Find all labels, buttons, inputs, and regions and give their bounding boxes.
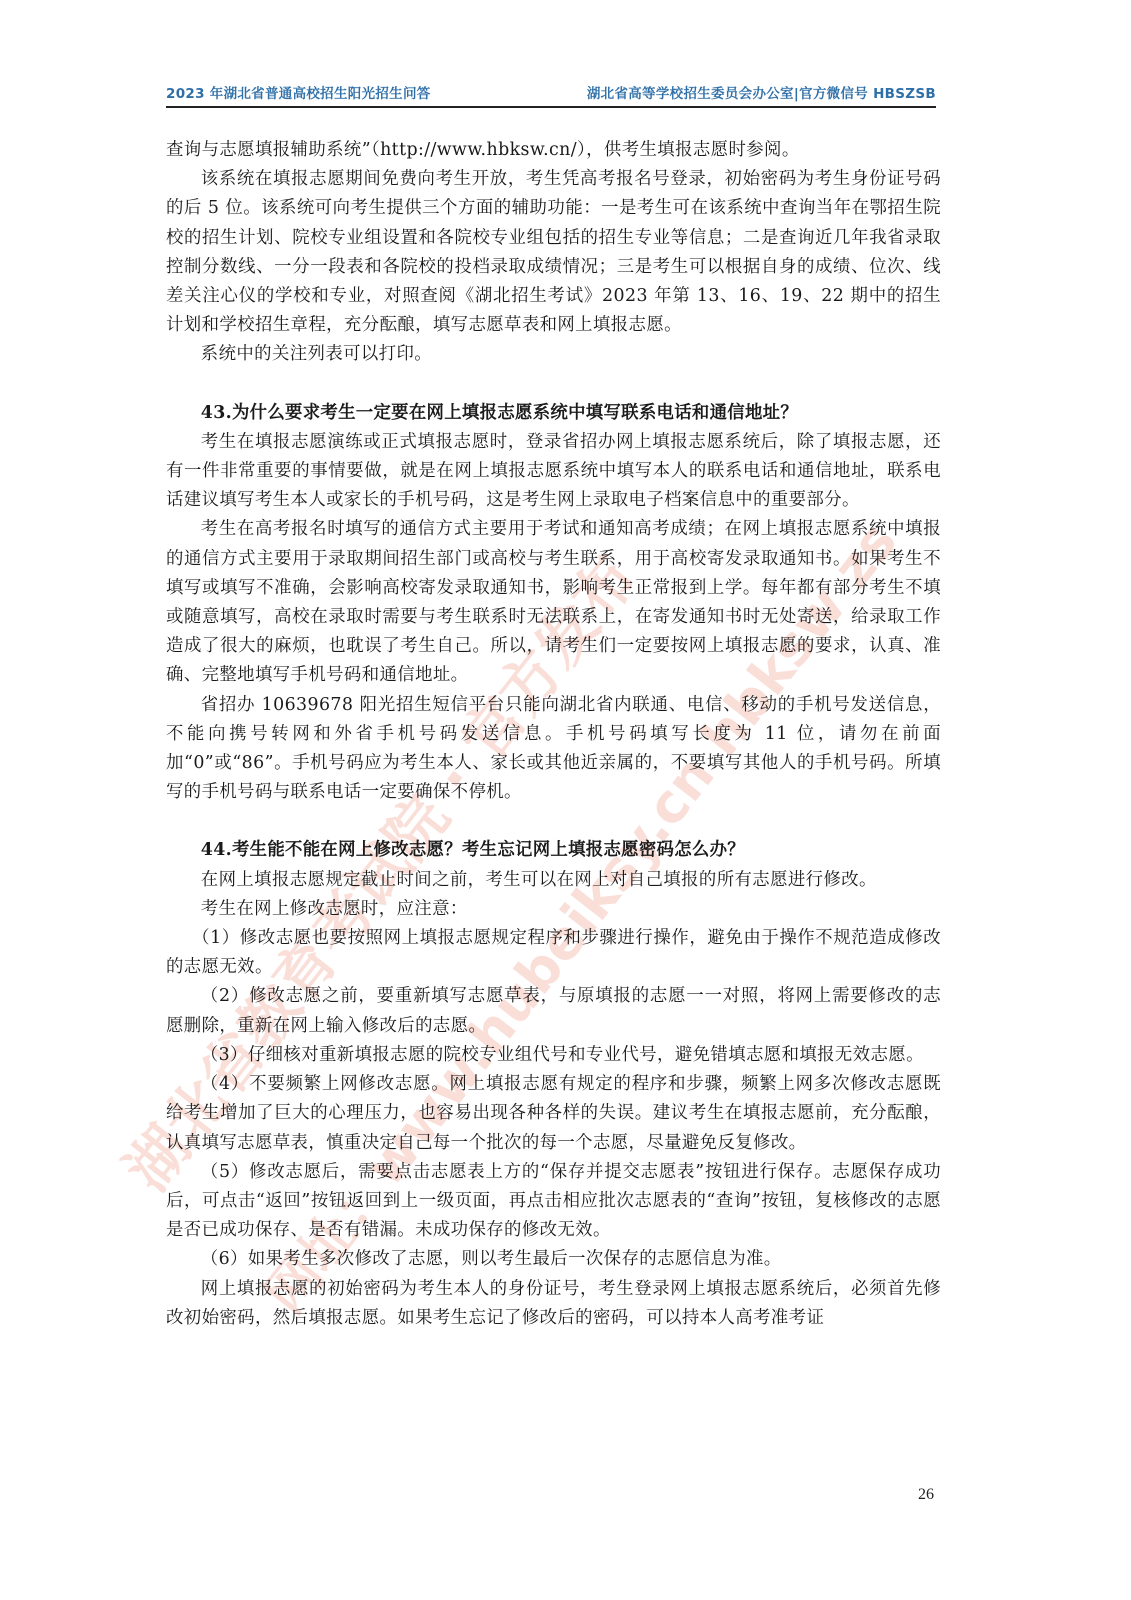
question-44-item-5: （5）修改志愿后，需要点击志愿表上方的“保存并提交志愿表”按钮进行保存。志愿保存… — [166, 1158, 941, 1246]
header-left-title: 2023 年湖北省普通高校招生阳光招生问答 — [166, 82, 431, 102]
page-number: 26 — [918, 1486, 934, 1504]
paragraph-intro-2: 该系统在填报志愿期间免费向考生开放，考生凭高考报名号登录，初始密码为考生身份证号… — [166, 165, 941, 340]
paragraph-intro-3: 系统中的关注列表可以打印。 — [166, 340, 941, 369]
page-content: 查询与志愿填报辅助系统”（http://www.hbksw.cn/），供考生填报… — [166, 136, 941, 1333]
question-44-title: 44.考生能不能在网上修改志愿？考生忘记网上填报志愿密码怎么办？ — [166, 836, 941, 865]
question-44-paragraph: 网上填报志愿的初始密码为考生本人的身份证号，考生登录网上填报志愿系统后，必须首先… — [166, 1275, 941, 1333]
question-44-item-1: （1）修改志愿也要按照网上填报志愿规定程序和步骤进行操作，避免由于操作不规范造成… — [166, 924, 941, 982]
header-right-title: 湖北省高等学校招生委员会办公室|官方微信号 HBSZSB — [587, 82, 936, 102]
question-44-item-4: （4）不要频繁上网修改志愿。网上填报志愿有规定的程序和步骤，频繁上网多次修改志愿… — [166, 1070, 941, 1158]
question-44-paragraph: 在网上填报志愿规定截止时间之前，考生可以在网上对自己填报的所有志愿进行修改。 — [166, 866, 941, 895]
question-44-item-6: （6）如果考生多次修改了志愿，则以考生最后一次保存的志愿信息为准。 — [166, 1245, 941, 1274]
question-43-paragraph: 考生在填报志愿演练或正式填报志愿时，登录省招办网上填报志愿系统后，除了填报志愿，… — [166, 428, 941, 516]
question-43-paragraph: 考生在高考报名时填写的通信方式主要用于考试和通知高考成绩；在网上填报志愿系统中填… — [166, 515, 941, 690]
question-43-paragraph: 省招办 10639678 阳光招生短信平台只能向湖北省内联通、电信、移动的手机号… — [166, 691, 941, 808]
page-header: 2023 年湖北省普通高校招生阳光招生问答 湖北省高等学校招生委员会办公室|官方… — [166, 80, 936, 108]
question-44-item-2: （2）修改志愿之前，要重新填写志愿草表，与原填报的志愿一一对照，将网上需要修改的… — [166, 982, 941, 1040]
question-44-item-3: （3）仔细核对重新填报志愿的院校专业组代号和专业代号，避免错填志愿和填报无效志愿… — [166, 1041, 941, 1070]
question-43-title: 43.为什么要求考生一定要在网上填报志愿系统中填写联系电话和通信地址？ — [166, 399, 941, 428]
paragraph-intro-1: 查询与志愿填报辅助系统”（http://www.hbksw.cn/），供考生填报… — [166, 136, 941, 165]
question-44-paragraph: 考生在网上修改志愿时，应注意： — [166, 895, 941, 924]
